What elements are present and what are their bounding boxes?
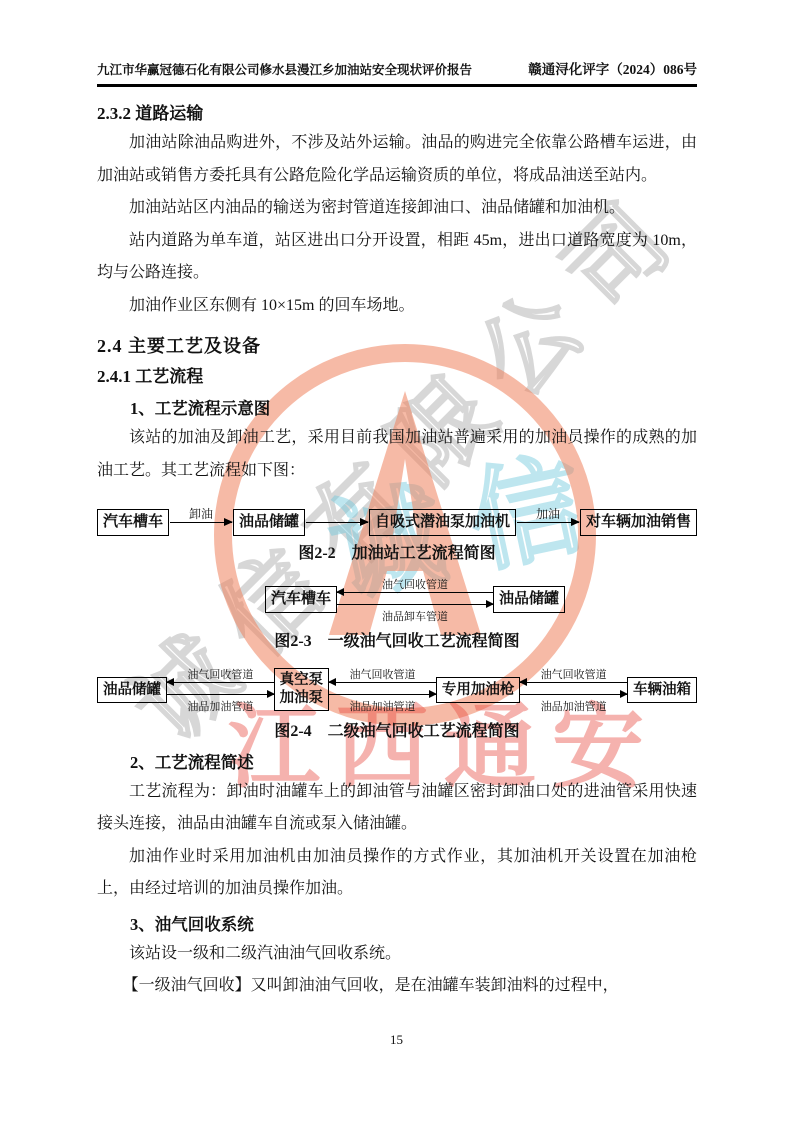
fuel-pump-label: 加油泵 [280,690,324,707]
figure-2-2-flow: 汽车槽车 卸油 油品储罐 自吸式潜油泵加油机 加油 对车辆加油销售 [97,509,697,536]
pipe-connector-3: 油气回收管道 油品加油管道 [329,666,436,714]
header-doc-number: 赣通浔化评字（2024）086号 [528,58,697,78]
paragraph-transport-3: 站内道路为单车道，站区进出口分开设置，相距 45m，进出口道路宽度为 10m，均… [97,225,697,290]
arrow-unload: 卸油 [170,522,232,523]
flow-box-vacuum-pump: 真空泵 加油泵 [274,668,330,711]
pipe-label-vapor-2: 油气回收管道 [350,666,416,682]
pipe-connector-2: 油气回收管道 油品加油管道 [167,666,274,714]
document-page: 诚信有限公司 诚信 江西通安 九江市华赢冠德石化有限公司修水县漫江乡加油站安全现… [0,0,793,1122]
flow-box-vehicle-sales: 对车辆加油销售 [580,509,697,536]
page-number: 15 [0,1032,793,1048]
arrow-label-refuel: 加油 [536,505,560,522]
paragraph-process-intro: 该站的加油及卸油工艺，采用目前我国加油站普遍采用的加油员操作的成熟的加油工艺。其… [97,422,697,487]
oil-line-1 [167,694,274,695]
page-header: 九江市华赢冠德石化有限公司修水县漫江乡加油站安全现状评价报告 赣通浔化评字（20… [97,58,697,87]
pipe-label-vapor-recovery: 油气回收管道 [382,576,448,592]
flow-box-tanker-truck-2: 汽车槽车 [265,586,337,613]
pipe-label-oil-1: 油品加油管道 [187,698,253,714]
arrow-plain [306,522,368,523]
flow-box-vehicle-tank: 车辆油箱 [627,677,697,703]
oil-line-right-arrow [337,604,493,605]
figure-2-4-flow: 油品储罐 油气回收管道 油品加油管道 真空泵 加油泵 油气回收管道 油品加油管道 [97,666,697,714]
flow-box-tanker-truck: 汽车槽车 [97,509,169,536]
pipe-label-oil-2: 油品加油管道 [350,698,416,714]
figure-2-4-caption: 图2-4 二级油气回收工艺流程简图 [97,720,697,744]
figure-2-2: 汽车槽车 卸油 油品储罐 自吸式潜油泵加油机 加油 对车辆加油销售 图2-2 加… [97,509,697,566]
arrow-label-unload: 卸油 [189,505,213,522]
flow-box-storage-tank-3: 油品储罐 [97,677,167,703]
subheading-vapor-recovery: 3、油气回收系统 [97,912,697,938]
paragraph-vapor-2: 【一级油气回收】又叫卸油油气回收，是在油罐车装卸油料的过程中， [97,970,697,1003]
pipe-connector-1: 油气回收管道 油品卸车管道 [337,576,493,624]
pipe-label-vapor-3: 油气回收管道 [541,666,607,682]
vapor-line-2 [329,682,436,683]
flow-box-dispenser: 自吸式潜油泵加油机 [369,509,516,536]
heading-2-4: 2.4 主要工艺及设备 [97,332,697,360]
heading-2-4-1: 2.4.1 工艺流程 [97,364,697,390]
figure-2-3-flow: 汽车槽车 油气回收管道 油品卸车管道 油品储罐 [265,576,565,624]
flow-box-storage-tank: 油品储罐 [233,509,305,536]
vapor-line-1 [167,682,274,683]
paragraph-transport-4: 加油作业区东侧有 10×15m 的回车场地。 [97,290,697,323]
arrow-refuel: 加油 [517,522,579,523]
pipe-label-oil-unloading: 油品卸车管道 [382,608,448,624]
pipe-connector-4: 油气回收管道 油品加油管道 [520,666,627,714]
pipe-label-oil-3: 油品加油管道 [541,698,607,714]
subheading-flow-diagram: 1、工艺流程示意图 [97,396,697,422]
page-content: 九江市华赢冠德石化有限公司修水县漫江乡加油站安全现状评价报告 赣通浔化评字（20… [0,0,793,1003]
figure-2-2-caption: 图2-2 加油站工艺流程简图 [97,542,697,566]
paragraph-transport-1: 加油站除油品购进外，不涉及站外运输。油品的购进完全依靠公路槽车运进，由加油站或销… [97,127,697,192]
pipe-label-vapor-1: 油气回收管道 [187,666,253,682]
paragraph-vapor-1: 该站设一级和二级汽油油气回收系统。 [97,938,697,971]
subheading-process-description: 2、工艺流程简述 [97,750,697,776]
oil-line-3 [520,694,627,695]
figure-2-3-caption: 图2-3 一级油气回收工艺流程简图 [97,630,697,654]
flow-box-nozzle: 专用加油枪 [436,677,521,703]
header-report-title: 九江市华赢冠德石化有限公司修水县漫江乡加油站安全现状评价报告 [97,60,472,78]
paragraph-transport-2: 加油站站区内油品的输送为密封管道连接卸油口、油品储罐和加油机。 [97,192,697,225]
vacuum-pump-label: 真空泵 [280,672,324,689]
oil-line-2 [329,694,436,695]
figure-2-4: 油品储罐 油气回收管道 油品加油管道 真空泵 加油泵 油气回收管道 油品加油管道 [97,666,697,744]
heading-2-3-2: 2.3.2 道路运输 [97,101,697,127]
paragraph-process-1: 工艺流程为：卸油时油罐车上的卸油管与油罐区密封卸油口处的进油管采用快速接头连接，… [97,776,697,841]
paragraph-process-2: 加油作业时采用加油机由加油员操作的方式作业，其加油机开关设置在加油枪上，由经过培… [97,841,697,906]
figure-2-3: 汽车槽车 油气回收管道 油品卸车管道 油品储罐 图2-3 一级油气回收工艺流程简… [97,576,697,654]
vapor-line-left-arrow [337,592,493,593]
vapor-line-3 [520,682,627,683]
flow-box-storage-tank-2: 油品储罐 [493,586,565,613]
